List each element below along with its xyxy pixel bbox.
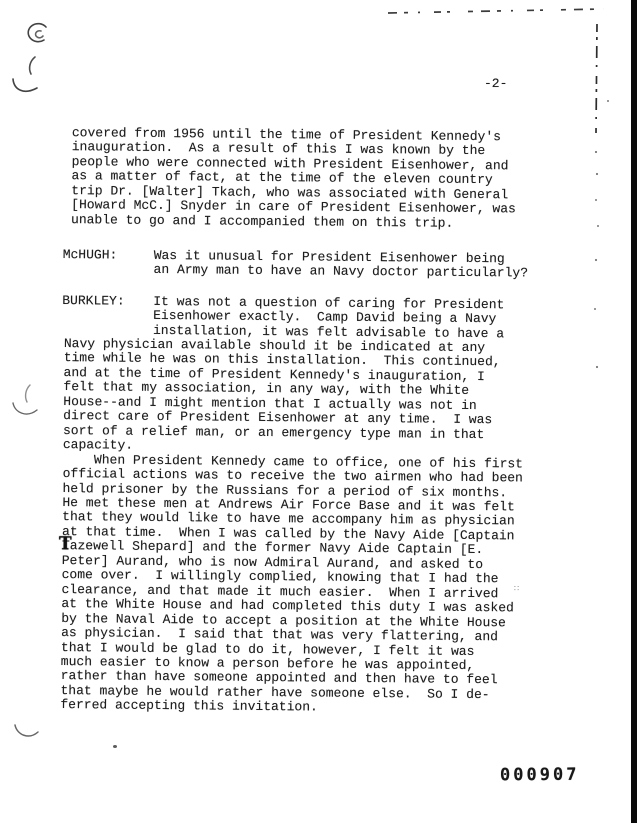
speech-burkley-continuation: Navy physician available should it be in… [60,337,524,717]
transcript-body: covered from 1956 until the time of Pres… [54,122,580,767]
document-serial-stamp: 000907 [500,765,580,786]
ink-dot-artifact [113,745,117,748]
scan-noise-top-line [388,9,604,13]
speech-burkley: It was not a question of caring for Pres… [153,295,504,342]
scan-edge-band [631,0,637,823]
scanned-page: -2- covered from 1956 until the time of … [0,0,637,823]
scan-noise-dots [594,100,609,368]
scan-noise-vertical-line [596,24,597,133]
paragraph-continuation: covered from 1956 until the time of Pres… [71,126,517,231]
speaker-label-mchugh: McHUGH: [63,248,118,263]
overstrike-letter-mark: T [59,536,72,554]
binder-mark-top [13,24,46,92]
smudge-mark: ∷ [514,585,522,593]
page-number: -2- [484,77,507,91]
binder-mark-middle [13,385,37,414]
speech-mchugh: Was it unusual for President Eisenhower … [154,249,529,281]
speaker-label-burkley: BURKLEY: [62,294,125,309]
binder-mark-bottom [15,725,38,736]
